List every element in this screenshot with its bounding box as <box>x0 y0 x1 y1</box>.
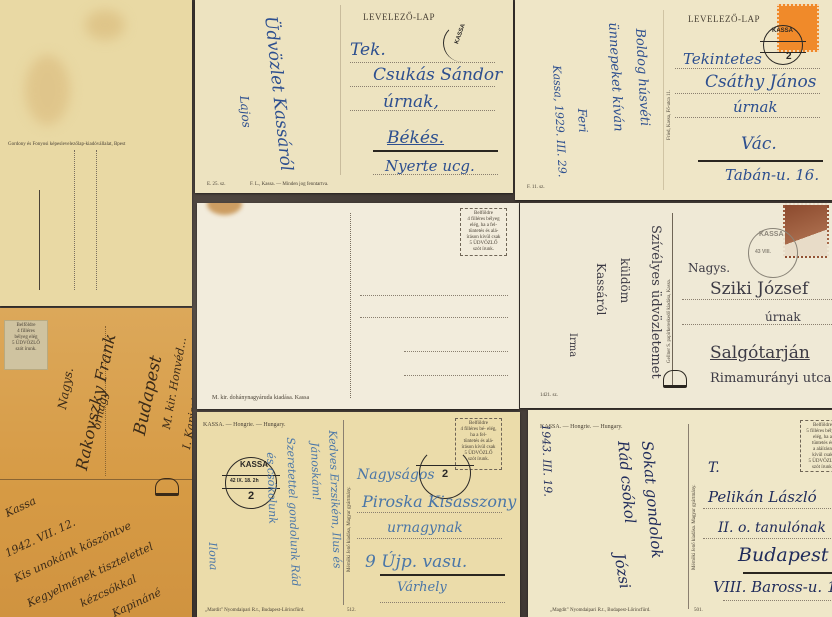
address-city: Budapest <box>738 544 828 566</box>
stamp-placement-box: Belföldre4 filléres bélyeg elég5 ÜDVÖZLŐ… <box>4 320 48 370</box>
postcard-bottom-middle: KASSA. — Hongrie. — Hungary. Mérnöki Jen… <box>197 412 520 617</box>
message-text: Üdvözlet Kassáról <box>260 15 296 172</box>
message-line-3: Kassáról <box>594 263 608 315</box>
address-line-1: Nagys. <box>688 261 730 275</box>
publisher-side: Gellner S. papírkereskedő kiadása, Kassa… <box>667 279 672 363</box>
address-line-3: úrnak, <box>383 92 439 112</box>
card-header: KASSA. — Hongrie. — Hungary. <box>540 424 622 430</box>
postmark: KASSA 2 <box>763 25 803 65</box>
postcard-top-middle: LEVELEZŐ-LAP KASSA Üdvözlet Kassáról Laj… <box>195 0 513 193</box>
postcard-bottom-left: Belföldre4 filléres bélyeg elég5 ÜDVÖZLŐ… <box>0 308 192 617</box>
publisher-side: Mérnöki Jenő kiadása. Magyar gyártmány. <box>692 485 697 570</box>
card-number: 501. <box>694 608 703 613</box>
address-street: Tabán-u. 16. <box>725 166 819 184</box>
card-header: KASSA. — Hongrie. — Hungary. <box>203 422 285 428</box>
address-line-3: úrnak <box>733 98 778 116</box>
publisher-logo-icon <box>155 478 179 496</box>
address-line-3: úrnak <box>765 310 801 324</box>
signature: Irma <box>567 333 578 357</box>
card-number: 512. <box>347 608 356 613</box>
message-line-2: Jánoskám! <box>308 442 323 501</box>
address-line-5: Várhely <box>397 580 447 595</box>
printer-footer: „Magdit" Nyomdaipari R.t., Budapest-Lőri… <box>550 608 651 613</box>
postmark: KASSA <box>443 24 481 62</box>
address-line-2: Csukás Sándor <box>373 65 502 85</box>
signature: Józsi <box>610 552 634 590</box>
signature: Feri <box>575 108 590 133</box>
address-line-5: Nyerte ucg. <box>385 157 475 175</box>
postcard-middle-right: KASSA 43 VIII. Szívélyes üdvözletemet kü… <box>520 203 832 408</box>
series-number: E. 25. sz. <box>207 182 225 187</box>
address-line-2: Sziki József <box>710 279 808 299</box>
stamp-placement-box: Belföldre4 filléres bélyeg elég, ha a fe… <box>460 208 507 256</box>
postmark: KASSA 43 VIII. <box>748 228 798 278</box>
message-line-3: Szeretettel gondolunk Rád <box>284 437 302 587</box>
address-street: VIII. Baross-u. 10 <box>713 578 832 596</box>
message-line-1: Szívélyes üdvözletemet <box>648 225 663 379</box>
message-line-1: Kedves Erzsikém, Ilus és <box>326 430 344 569</box>
divider-line <box>39 190 40 290</box>
stamp-placement-box: Belföldre5 filléres bélyeg elég, ha atün… <box>800 420 832 472</box>
levelezo-lap-header: LEVELEZŐ-LAP <box>363 12 435 22</box>
publisher-side: Mérnöki Jenő kiadása, Magyar gyártmány. <box>347 487 352 572</box>
address-city: Salgótarján <box>710 343 810 363</box>
date-line: Kassa, 1929. III. 29. <box>550 65 569 178</box>
publisher-line: M. kir. dohánynagyáruda kiadása. Kassa <box>212 395 309 401</box>
postcard-top-right: LEVELEZŐ-LAP KASSA 2 Boldog húsvéti ünne… <box>515 0 832 200</box>
publisher-line: Gordony és Fonyosi képeslevelezőlap-kiad… <box>8 142 125 147</box>
address-line-3: urnagynak <box>387 520 463 536</box>
address-line-1: Tekintetes <box>683 50 762 68</box>
series-number: F. 11. sz. <box>527 185 545 190</box>
address-street: Rimamurányi utca 2 <box>710 371 832 386</box>
message-line-1: Sokat gondolok <box>638 440 666 559</box>
publisher-logo-icon <box>663 370 687 388</box>
message-line-1: Boldog húsvéti <box>632 28 652 127</box>
message-line-2: Rád csókol <box>614 440 639 524</box>
publisher-line: F. L., Kassa. — Minden jog fenntartva. <box>250 182 328 187</box>
signature: Lajos <box>237 95 254 128</box>
address-line-3: II. o. tanulónak <box>718 520 826 536</box>
date-line: 1943. III. 19. <box>539 424 555 497</box>
series-number: 1421. sz. <box>540 393 558 398</box>
postcard-middle-middle: Belföldre4 filléres bélyeg elég, ha a fe… <box>197 203 519 409</box>
address-line-2: Pelikán László <box>708 488 817 506</box>
address-line-2: Csáthy János <box>705 72 817 92</box>
message-line-2: ünnepeket kíván <box>605 22 626 132</box>
levelezo-lap-header: LEVELEZŐ-LAP <box>688 14 760 24</box>
address-line-1: Tek. <box>350 40 386 60</box>
printer-footer: „Mardit" Nyomdaipari R.t., Budapest-Lőri… <box>205 608 305 613</box>
address-line-1: Nagys. <box>55 367 76 411</box>
signature: Ilona <box>206 542 220 571</box>
address-line-1: T. <box>708 460 720 476</box>
postcard-top-left: Gordony és Fonyosi képeslevelezőlap-kiad… <box>0 0 192 306</box>
address-line-1: Nagyságos <box>357 467 435 483</box>
address-city: Békés. <box>387 128 444 148</box>
message-place: Kassa <box>3 494 38 520</box>
address-city: 9 Újp. vasu. <box>365 552 467 572</box>
postcard-bottom-right: KASSA. — Hongrie. — Hungary. Mérnöki Jen… <box>528 410 832 617</box>
address-line-2: Piroska Kisasszony <box>362 492 516 511</box>
address-city: Vác. <box>741 134 777 154</box>
message-line-4: és csókolunk <box>264 452 279 524</box>
publisher-side: Fried, Kassa, Fő-utca 11. <box>667 90 672 140</box>
message-line-2: küldöm <box>618 258 632 303</box>
